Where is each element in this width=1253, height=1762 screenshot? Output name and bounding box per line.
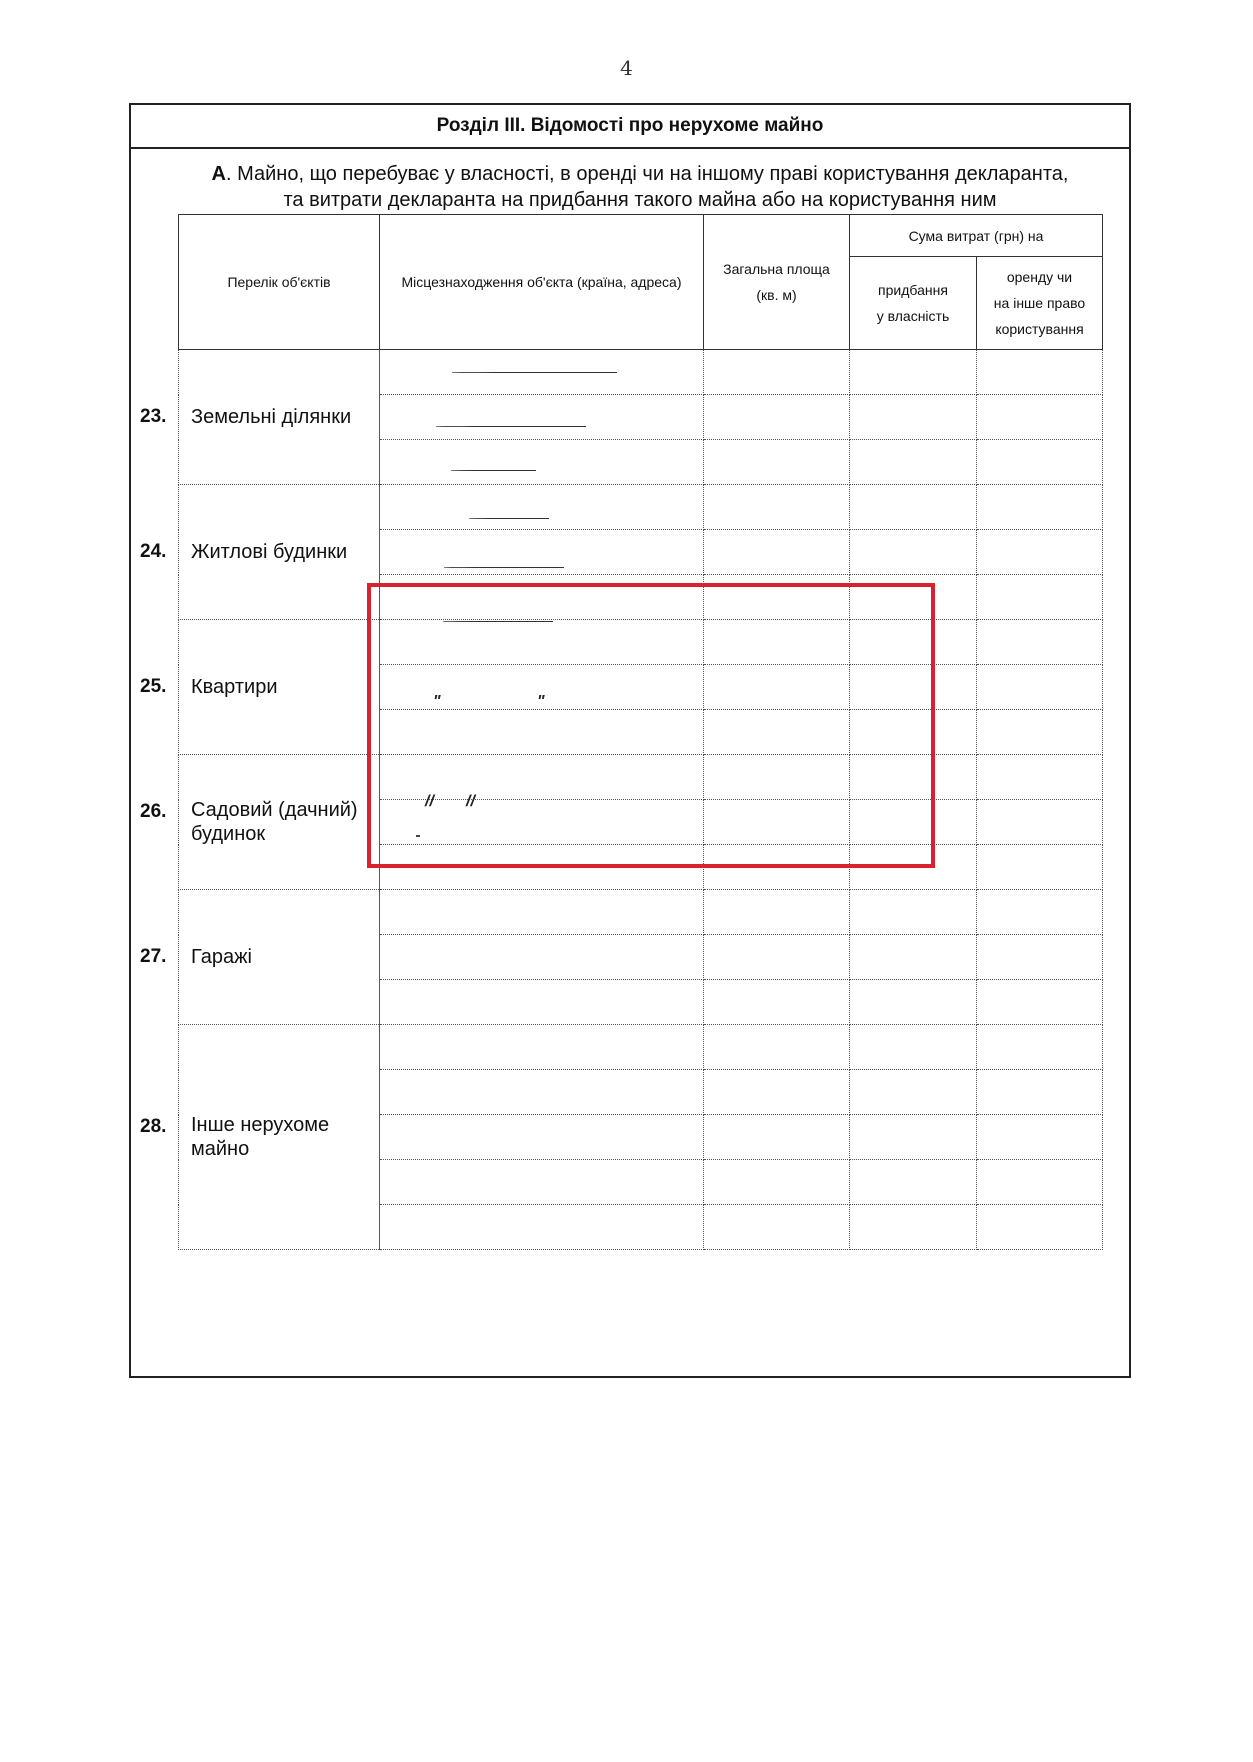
header-rent-line-3: користування: [977, 316, 1102, 342]
purchase-cost-cell: [850, 755, 977, 800]
area-cell: [704, 710, 850, 755]
rent-cost-cell: [977, 980, 1103, 1025]
header-area-line-1: Загальна площа: [704, 256, 849, 282]
purchase-cost-cell: [850, 890, 977, 935]
rent-cost-cell: [977, 350, 1103, 395]
row-label: Садовий (дачний) будинок: [179, 755, 380, 890]
area-cell: [704, 350, 850, 395]
area-cell: [704, 755, 850, 800]
area-cell: [704, 575, 850, 620]
purchase-cost-cell: [850, 1070, 977, 1115]
subsection-heading: А. Майно, що перебуває у власності, в ор…: [171, 161, 1109, 213]
header-purchase-line-1: придбання: [850, 277, 976, 303]
rent-cost-cell: [977, 755, 1103, 800]
rent-cost-cell: [977, 440, 1103, 485]
area-cell: [704, 845, 850, 890]
rent-cost-cell: [977, 620, 1103, 665]
rent-cost-cell: [977, 710, 1103, 755]
area-cell: [704, 1070, 850, 1115]
handwritten-dash: [444, 567, 564, 568]
ditto-mark: ": [537, 693, 545, 711]
purchase-cost-cell: [850, 620, 977, 665]
area-cell: [704, 935, 850, 980]
handwritten-dash: [451, 470, 536, 471]
handwritten-dash: [452, 372, 617, 373]
location-cell: [380, 710, 704, 755]
ditto-mark: ": [433, 693, 441, 711]
ink-speck: [416, 835, 420, 837]
location-cell: [380, 395, 704, 440]
purchase-cost-cell: [850, 1025, 977, 1070]
purchase-cost-cell: [850, 575, 977, 620]
rent-cost-cell: [977, 395, 1103, 440]
purchase-cost-cell: [850, 665, 977, 710]
rent-cost-cell: [977, 1205, 1103, 1250]
purchase-cost-cell: [850, 350, 977, 395]
rent-cost-cell: [977, 800, 1103, 845]
location-cell: [380, 1115, 704, 1160]
location-cell: [380, 935, 704, 980]
location-cell: [380, 620, 704, 665]
row-number: 23.: [140, 406, 166, 428]
page-number: 4: [0, 56, 1253, 80]
header-location: Місцезнаходження об'єкта (країна, адреса…: [380, 215, 704, 350]
area-cell: [704, 620, 850, 665]
handwritten-dash: [436, 426, 586, 427]
rent-cost-cell: [977, 665, 1103, 710]
row-label: Житлові будинки: [179, 485, 380, 620]
header-purchase: придбання у власність: [850, 257, 977, 350]
rent-cost-cell: [977, 845, 1103, 890]
area-cell: [704, 485, 850, 530]
rent-cost-cell: [977, 530, 1103, 575]
subsection-line-1: . Майно, що перебуває у власності, в оре…: [226, 163, 1068, 185]
section-title: Розділ III. Відомості про нерухоме майно: [131, 105, 1129, 149]
location-cell: [380, 440, 704, 485]
area-cell: [704, 395, 850, 440]
purchase-cost-cell: [850, 980, 977, 1025]
table-row: Інше нерухоме майно: [179, 1025, 1103, 1070]
area-cell: [704, 1160, 850, 1205]
location-cell: [380, 1205, 704, 1250]
area-cell: [704, 980, 850, 1025]
header-purchase-line-2: у власність: [850, 303, 976, 329]
purchase-cost-cell: [850, 530, 977, 575]
rent-cost-cell: [977, 485, 1103, 530]
location-cell: [380, 890, 704, 935]
subsection-line-2: та витрати декларанта на придбання таког…: [171, 187, 1109, 213]
rent-cost-cell: [977, 1025, 1103, 1070]
row-label: Квартири: [179, 620, 380, 755]
handwritten-dash: [443, 621, 553, 622]
real-estate-table: Перелік об'єктів Місцезнаходження об'єкт…: [178, 214, 1103, 1250]
row-number: 24.: [140, 541, 166, 563]
rent-cost-cell: [977, 575, 1103, 620]
ditto-mark: //: [466, 793, 475, 811]
location-cell: [380, 980, 704, 1025]
table-row: Садовий (дачний) будинок: [179, 755, 1103, 800]
area-cell: [704, 1025, 850, 1070]
header-objects: Перелік об'єктів: [179, 215, 380, 350]
header-area-line-2: (кв. м): [704, 282, 849, 308]
purchase-cost-cell: [850, 935, 977, 980]
section-frame: Розділ III. Відомості про нерухоме майно…: [129, 103, 1131, 1378]
purchase-cost-cell: [850, 1205, 977, 1250]
row-label: Земельні ділянки: [179, 350, 380, 485]
area-cell: [704, 530, 850, 575]
purchase-cost-cell: [850, 1115, 977, 1160]
table-row: Гаражі: [179, 890, 1103, 935]
header-rent: оренду чи на інше право користування: [977, 257, 1103, 350]
rent-cost-cell: [977, 1160, 1103, 1205]
rent-cost-cell: [977, 935, 1103, 980]
area-cell: [704, 665, 850, 710]
location-cell: [380, 1070, 704, 1115]
row-number: 26.: [140, 801, 166, 823]
row-label: Гаражі: [179, 890, 380, 1025]
header-expenses-group: Сума витрат (грн) на: [850, 215, 1103, 257]
location-cell: [380, 575, 704, 620]
location-cell: [380, 485, 704, 530]
area-cell: [704, 800, 850, 845]
header-rent-line-2: на інше право: [977, 290, 1102, 316]
purchase-cost-cell: [850, 395, 977, 440]
table-body: Земельні ділянкиЖитлові будинкиКвартириС…: [179, 350, 1103, 1250]
area-cell: [704, 890, 850, 935]
area-cell: [704, 1205, 850, 1250]
area-cell: [704, 440, 850, 485]
header-rent-line-1: оренду чи: [977, 264, 1102, 290]
row-number: 25.: [140, 676, 166, 698]
rent-cost-cell: [977, 1115, 1103, 1160]
location-cell: [380, 1160, 704, 1205]
header-area: Загальна площа (кв. м): [704, 215, 850, 350]
row-number: 27.: [140, 946, 166, 968]
handwritten-dash: [469, 518, 549, 519]
row-label: Інше нерухоме майно: [179, 1025, 380, 1250]
location-cell: [380, 845, 704, 890]
area-cell: [704, 1115, 850, 1160]
table-row: Земельні ділянки: [179, 350, 1103, 395]
row-number: 28.: [140, 1116, 166, 1138]
table-row: Житлові будинки: [179, 485, 1103, 530]
table-row: Квартири: [179, 620, 1103, 665]
purchase-cost-cell: [850, 440, 977, 485]
purchase-cost-cell: [850, 710, 977, 755]
purchase-cost-cell: [850, 1160, 977, 1205]
purchase-cost-cell: [850, 485, 977, 530]
location-cell: [380, 1025, 704, 1070]
rent-cost-cell: [977, 890, 1103, 935]
ditto-mark: //: [425, 793, 434, 811]
rent-cost-cell: [977, 1070, 1103, 1115]
purchase-cost-cell: [850, 845, 977, 890]
subsection-letter: А: [212, 163, 226, 185]
purchase-cost-cell: [850, 800, 977, 845]
